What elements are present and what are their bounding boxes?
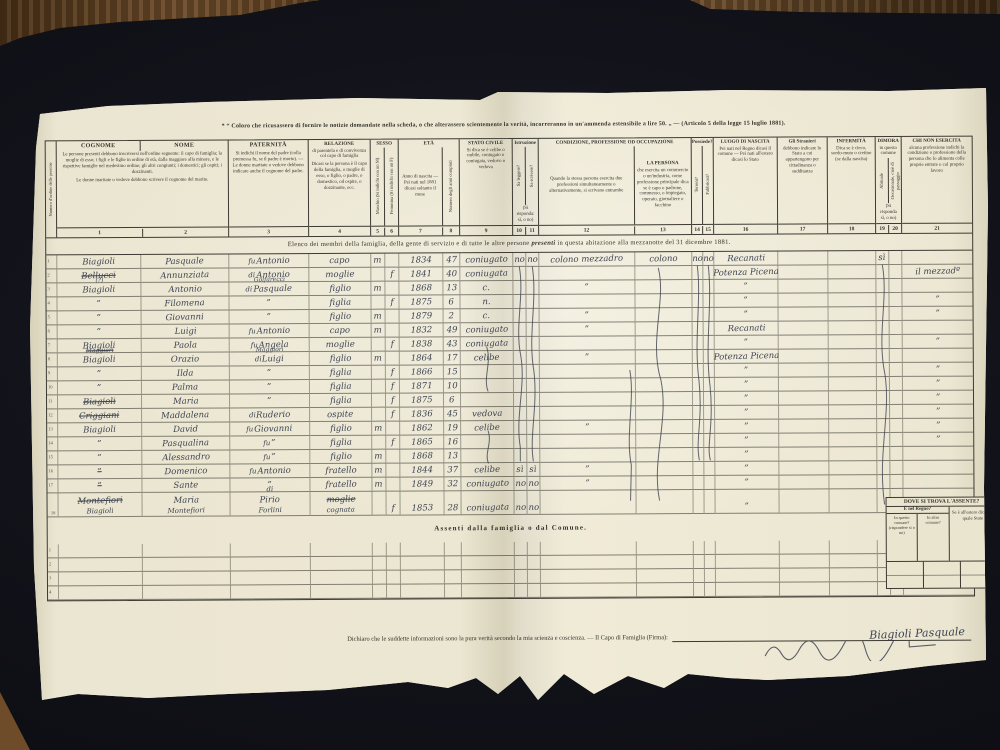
cell-inf	[830, 582, 878, 596]
cell-chi	[903, 447, 973, 461]
cell-anno: 1868	[399, 281, 443, 295]
cell-abit	[877, 363, 890, 377]
cell-anno: 1849	[400, 477, 444, 491]
cell-pat: diPirioForlini	[231, 492, 311, 516]
cell-occ	[890, 321, 903, 335]
cell-chi: il mezzadº	[902, 265, 972, 279]
cell-prof	[540, 434, 636, 449]
cell-occ	[890, 447, 903, 461]
cell-luogo: ”	[715, 462, 779, 476]
cell-nome: Orazio	[142, 352, 230, 366]
cell-pers	[637, 541, 694, 555]
cell-sexf	[386, 310, 400, 324]
cell-rel: figlia	[310, 394, 372, 408]
cell-anno: 1871	[400, 379, 444, 393]
cell-abit	[877, 461, 890, 475]
person-row: 18MontefioriBiagioliMariaMontefioridiPir…	[48, 489, 974, 518]
cell-sexm: m	[372, 352, 386, 366]
cell-sexm	[372, 338, 386, 352]
cell-chi	[903, 349, 973, 363]
cell-scr	[526, 295, 539, 309]
cell-scr	[527, 365, 540, 379]
cell-sexm: m	[372, 450, 386, 464]
cell-stato: coniugata	[461, 337, 514, 351]
cell-anni	[445, 570, 462, 584]
cell-cognome	[59, 544, 143, 558]
cell-ter	[694, 555, 705, 569]
cell-stato: c.	[461, 309, 514, 323]
cell-abit	[877, 405, 890, 419]
census-sheet-paper: * “ Coloro che ricusassero di fornire le…	[28, 88, 988, 704]
cell-pat	[231, 557, 311, 571]
cell-leg: sì	[514, 463, 527, 477]
cell-rel: capo	[310, 324, 372, 338]
cell-stran	[779, 461, 829, 475]
cell-stato	[462, 584, 515, 598]
cell-anni: 15	[444, 365, 461, 379]
cell-fab	[704, 448, 715, 462]
cell-nome	[143, 557, 231, 571]
cell-pers	[636, 350, 693, 364]
cell-stato: celibe	[461, 351, 514, 365]
cell-stato	[462, 542, 515, 556]
cell-rel: capo	[309, 254, 371, 268]
cell-prof	[541, 569, 637, 584]
cell-fab	[704, 392, 715, 406]
cell-chi: ”	[903, 377, 973, 391]
cell-stato	[461, 449, 514, 463]
cell-occ	[890, 461, 903, 475]
cell-pers	[637, 583, 694, 597]
cell-pers	[635, 294, 692, 308]
cell-pers	[635, 266, 692, 280]
cell-nome: Annunziata	[141, 268, 229, 282]
cell-ter	[694, 569, 705, 583]
cell-cognome: Biagioli	[57, 255, 141, 269]
officer-signature-flourish	[761, 641, 941, 662]
cell-anni: 13	[444, 449, 461, 463]
cell-rel: fratello	[310, 464, 372, 478]
cell-cognome: Bellucci(?)	[57, 269, 141, 283]
cell-pat: fuAntonio	[230, 324, 310, 338]
cell-n: 9	[47, 367, 58, 381]
cell-nome: Pasquale	[141, 254, 229, 268]
cell-stran	[779, 419, 829, 433]
sheet-content: * “ Coloro che ricusassero di fornire le…	[36, 86, 979, 707]
cell-luogo: ”	[715, 476, 779, 490]
cell-anno: 1879	[400, 309, 444, 323]
cell-sexm	[373, 543, 387, 557]
cell-n: 4	[48, 586, 59, 600]
cell-inf	[829, 363, 877, 377]
cell-inf	[829, 489, 877, 513]
cell-inf	[829, 391, 877, 405]
cell-chi	[903, 475, 973, 489]
cell-abit	[877, 335, 890, 349]
cell-nome: Maria	[142, 394, 230, 408]
cell-sexf	[385, 282, 399, 296]
cell-stran	[779, 391, 829, 405]
cell-prof	[539, 294, 635, 309]
cell-sexf	[386, 450, 400, 464]
cell-n: 7	[47, 339, 58, 353]
cell-fab	[705, 569, 716, 583]
cell-scr	[527, 309, 540, 323]
cell-rel: moglie	[309, 268, 371, 282]
cell-stran	[779, 489, 829, 513]
cell-nome	[143, 571, 231, 585]
cell-anno: 1864	[400, 351, 444, 365]
cell-pers	[637, 555, 694, 569]
cell-pers: colono	[635, 252, 692, 266]
cell-prof	[540, 392, 636, 407]
cell-anni: 10	[444, 379, 461, 393]
cell-ter: no	[692, 252, 703, 266]
cell-n: 10	[47, 381, 58, 395]
cell-luogo: ”	[715, 308, 779, 322]
cell-anno	[401, 584, 445, 598]
cell-nome: Ilda	[142, 366, 230, 380]
cell-stato: vedova	[461, 407, 514, 421]
col-eta-header: ETÀ Anno di nascita — Pei nati nel 1881 …	[399, 139, 461, 235]
cell-chi	[902, 251, 972, 265]
cell-rel: figlio	[310, 422, 372, 436]
cell-prof	[541, 541, 637, 556]
cell-luogo	[716, 555, 780, 569]
cell-pat	[231, 585, 311, 599]
cell-luogo: ”	[715, 434, 779, 448]
cell-chi: ”	[903, 307, 973, 321]
cell-nome: MariaMontefiori	[143, 492, 231, 516]
cell-sexm	[372, 394, 386, 408]
cell-fab	[704, 434, 715, 448]
cell-fab	[704, 462, 715, 476]
cell-anno: 1866	[400, 365, 444, 379]
col-dimora-header: DIMORA in questo comune Abituale Occasio…	[876, 137, 903, 233]
cell-sexf: f	[386, 366, 400, 380]
cell-rel: fratello	[310, 478, 372, 492]
cell-anni: 17	[444, 351, 461, 365]
cell-sexm: m	[372, 422, 386, 436]
cell-chi: ”	[903, 335, 973, 349]
cell-luogo: ”	[715, 378, 779, 392]
cell-sexf	[386, 422, 400, 436]
cell-sexf	[385, 254, 399, 268]
cell-rel: figlia	[309, 296, 371, 310]
cell-prof: colono mezzadro	[539, 252, 635, 267]
cell-stran	[778, 279, 828, 293]
cell-leg	[514, 421, 527, 435]
cell-pat: ”	[229, 296, 309, 310]
cell-leg	[515, 542, 528, 556]
cell-occ	[890, 391, 903, 405]
cell-n: 13	[47, 423, 58, 437]
cell-stran	[780, 540, 830, 554]
cell-sexm: m	[372, 324, 386, 338]
cell-occ	[889, 293, 902, 307]
cell-anni: 45	[444, 407, 461, 421]
col-chi-non-esercita-header: CHI NON ESERCITA alcuna professione indi…	[902, 137, 973, 233]
cell-stran	[779, 321, 829, 335]
col-sesso-header: SESSO Maschio (Si indichi con un M) Femm…	[371, 140, 400, 236]
cell-sexf	[387, 571, 401, 585]
absent-box-empty-cells	[887, 560, 997, 588]
cell-prof	[540, 406, 636, 421]
cell-sexm: m	[371, 282, 385, 296]
cell-inf	[828, 251, 876, 265]
cell-scr	[527, 407, 540, 421]
cell-abit	[877, 321, 890, 335]
cell-anni: 13	[443, 281, 460, 295]
cell-occ	[889, 279, 902, 293]
cell-leg	[514, 379, 527, 393]
cell-stato: celibe	[461, 421, 514, 435]
cell-n: 15	[47, 451, 58, 465]
cell-occ	[890, 433, 903, 447]
cell-rel	[311, 543, 373, 557]
cell-fab	[704, 322, 715, 336]
cell-fab	[704, 406, 715, 420]
cell-cognome: Biagioli	[58, 395, 142, 409]
cell-occ	[890, 335, 903, 349]
col-infermita-header: INFERMITÀ Dica se è cieco, sordo-muto o …	[828, 137, 877, 233]
nome-title: NOME	[140, 140, 228, 150]
cell-inf	[828, 265, 876, 279]
cell-sexf	[386, 478, 400, 492]
cell-pers	[636, 462, 693, 476]
cell-anni: 16	[444, 435, 461, 449]
cell-nome	[143, 543, 231, 557]
cell-scr	[528, 584, 541, 598]
cell-pat: ”	[230, 380, 310, 394]
cell-n: 2	[46, 269, 57, 283]
cell-abit: sì	[876, 251, 889, 265]
cell-prof	[540, 336, 636, 351]
cell-rel	[311, 571, 373, 585]
cell-anni	[445, 542, 462, 556]
cell-rel: figlia	[310, 366, 372, 380]
cell-rel: figlio	[309, 282, 371, 296]
cell-nome: Filomena	[141, 296, 229, 310]
cell-rel: figlio	[310, 352, 372, 366]
cell-rel	[311, 585, 373, 599]
cell-luogo: Recanati	[715, 322, 779, 336]
cell-inf	[828, 293, 876, 307]
cell-inf	[830, 540, 878, 554]
col-cognome-nome-header: COGNOME NOME Le persone presenti debbono…	[57, 140, 230, 237]
cell-cognome: Criggiani	[58, 409, 142, 423]
cell-scr	[526, 267, 539, 281]
cell-stran	[778, 265, 828, 279]
cell-stran	[779, 447, 829, 461]
cell-sexm: m	[372, 310, 386, 324]
cell-pat: ”	[230, 366, 310, 380]
cell-nome: Sante	[142, 478, 230, 492]
cell-stato	[462, 570, 515, 584]
photo-of-census-sheet: * “ Coloro che ricusassero di fornire le…	[0, 0, 1000, 750]
cell-sexf	[387, 543, 401, 557]
cell-stran	[779, 363, 829, 377]
cell-anni	[445, 584, 462, 598]
cell-anni: 2	[444, 309, 461, 323]
cell-anno: 1875	[400, 393, 444, 407]
cell-luogo: Potenza Picena	[714, 266, 778, 280]
cell-cognome: Biagioli	[58, 423, 142, 437]
cell-sexf	[386, 464, 400, 478]
cell-stato	[461, 379, 514, 393]
cell-anno: 1875	[399, 295, 443, 309]
cell-sexm	[372, 380, 386, 394]
cell-occ	[890, 363, 903, 377]
cell-nome: Giovanni	[142, 310, 230, 324]
cell-inf	[829, 419, 877, 433]
cell-ter	[693, 336, 704, 350]
cell-luogo: ”	[715, 364, 779, 378]
cell-stran	[780, 582, 830, 596]
cell-leg	[515, 556, 528, 570]
cell-pat: fuAngelaMaggiori	[230, 338, 310, 352]
cell-rel: ospite	[310, 408, 372, 422]
cell-luogo: Recanati	[714, 252, 778, 266]
col-istruzione-header: Istruzione Sa leggere? Sa scrivere? (Si …	[513, 139, 540, 235]
cell-nome: Antonio	[141, 282, 229, 296]
cell-anno: 1862	[400, 421, 444, 435]
cell-chi	[903, 461, 973, 475]
col-condizione-header: CONDIZIONE, PROFESSIONE OD OCCUPAZIONE Q…	[539, 138, 693, 235]
cell-scr	[528, 542, 541, 556]
cell-luogo: ”	[715, 406, 779, 420]
cell-abit	[877, 391, 890, 405]
cell-chi: ”	[902, 293, 972, 307]
cell-anni	[445, 556, 462, 570]
cell-cognome	[59, 572, 143, 586]
cell-sexf: f	[385, 296, 399, 310]
cell-leg: no	[514, 477, 527, 491]
cell-n: 3	[46, 283, 57, 297]
cell-fab	[704, 490, 715, 514]
cell-pers	[636, 406, 693, 420]
cell-occ	[890, 307, 903, 321]
cell-anni: 32	[444, 477, 461, 491]
col-paternita-header: PATERNITÀ Si indichi il nome del padre (…	[229, 140, 310, 236]
cell-stato: coniugato	[460, 253, 513, 267]
cell-sexm	[373, 585, 387, 599]
cell-pat: fuGiovanni	[230, 422, 310, 436]
col-relazione-header: RELAZIONE di parentela e di convivenza c…	[309, 140, 372, 236]
cell-sexm	[372, 436, 386, 450]
cell-scr: no	[527, 491, 540, 515]
cell-leg	[515, 584, 528, 598]
cell-pat: fu”	[230, 450, 310, 464]
cell-pat	[231, 571, 311, 585]
cell-rel: figlio	[310, 450, 372, 464]
cell-chi: ”	[903, 405, 973, 419]
cell-stato: coniugata	[460, 267, 513, 281]
cell-prof: ”	[540, 420, 636, 435]
cell-anni: 40	[443, 267, 460, 281]
cell-inf	[829, 307, 877, 321]
cell-scr	[527, 379, 540, 393]
cell-prof	[541, 555, 637, 570]
cell-n: 16	[47, 465, 58, 479]
cell-pat	[231, 543, 311, 557]
cell-leg	[514, 323, 527, 337]
cell-cognome: Biagioli	[57, 283, 141, 297]
cell-pat: ”	[230, 394, 310, 408]
cell-ter	[693, 448, 704, 462]
cell-leg	[513, 281, 526, 295]
cell-pers	[636, 378, 693, 392]
cell-rel: mogliecognata	[311, 492, 373, 516]
cell-fab: no	[703, 252, 714, 266]
cell-sexf	[386, 324, 400, 338]
census-table: Numero d'ordine delle persone COGNOME NO…	[45, 136, 975, 602]
cell-scr	[527, 323, 540, 337]
cell-scr	[528, 570, 541, 584]
cell-anno	[401, 570, 445, 584]
cell-scr	[527, 421, 540, 435]
cell-sexf: f	[386, 338, 400, 352]
cell-occ	[890, 419, 903, 433]
cell-pat: fuAntonio	[230, 464, 310, 478]
cell-cognome: ”	[57, 297, 141, 311]
cell-anno: 1841	[399, 267, 443, 281]
cell-scr: no	[527, 477, 540, 491]
cell-luogo: ”	[715, 420, 779, 434]
cell-fab	[703, 280, 714, 294]
cell-prof	[539, 266, 635, 281]
cell-anni: 28	[444, 491, 461, 515]
cell-anno: 1844	[400, 463, 444, 477]
cell-n: 3	[48, 572, 59, 586]
cell-cognome: ”	[58, 325, 142, 339]
cell-anno: 1838	[400, 337, 444, 351]
col-ordinal-header: Numero d'ordine delle persone	[46, 141, 58, 237]
cell-anni: 49	[444, 323, 461, 337]
cell-anni: 43	[444, 337, 461, 351]
cell-prof	[540, 490, 636, 515]
cell-inf	[829, 377, 877, 391]
cell-luogo: ”	[714, 280, 778, 294]
cell-abit	[877, 447, 890, 461]
cell-ter	[693, 350, 704, 364]
cell-stato	[461, 393, 514, 407]
cell-stato: coniugata	[461, 491, 514, 515]
cell-pat: diPasquale	[229, 282, 309, 296]
cell-scr	[528, 556, 541, 570]
cell-ter	[693, 308, 704, 322]
cell-pers	[636, 490, 693, 514]
cell-nome: Domenico	[142, 464, 230, 478]
cell-anni: 6	[443, 295, 460, 309]
cell-n: 18	[48, 493, 59, 517]
cell-pat: diRuderio	[230, 408, 310, 422]
cell-fab	[704, 308, 715, 322]
cell-ter	[694, 583, 705, 597]
cell-fab	[705, 541, 716, 555]
cell-abit	[877, 307, 890, 321]
cell-occ	[890, 349, 903, 363]
cell-occ	[889, 251, 902, 265]
cell-sexf: f	[386, 394, 400, 408]
cell-occ	[890, 405, 903, 419]
cell-chi: ”	[903, 391, 973, 405]
cell-scr	[527, 351, 540, 365]
cell-anno	[401, 542, 445, 556]
cell-cognome: ”	[58, 451, 142, 465]
cell-anno: 1834	[399, 253, 443, 267]
cell-pat: diAntonioGolfarecci	[229, 268, 309, 282]
